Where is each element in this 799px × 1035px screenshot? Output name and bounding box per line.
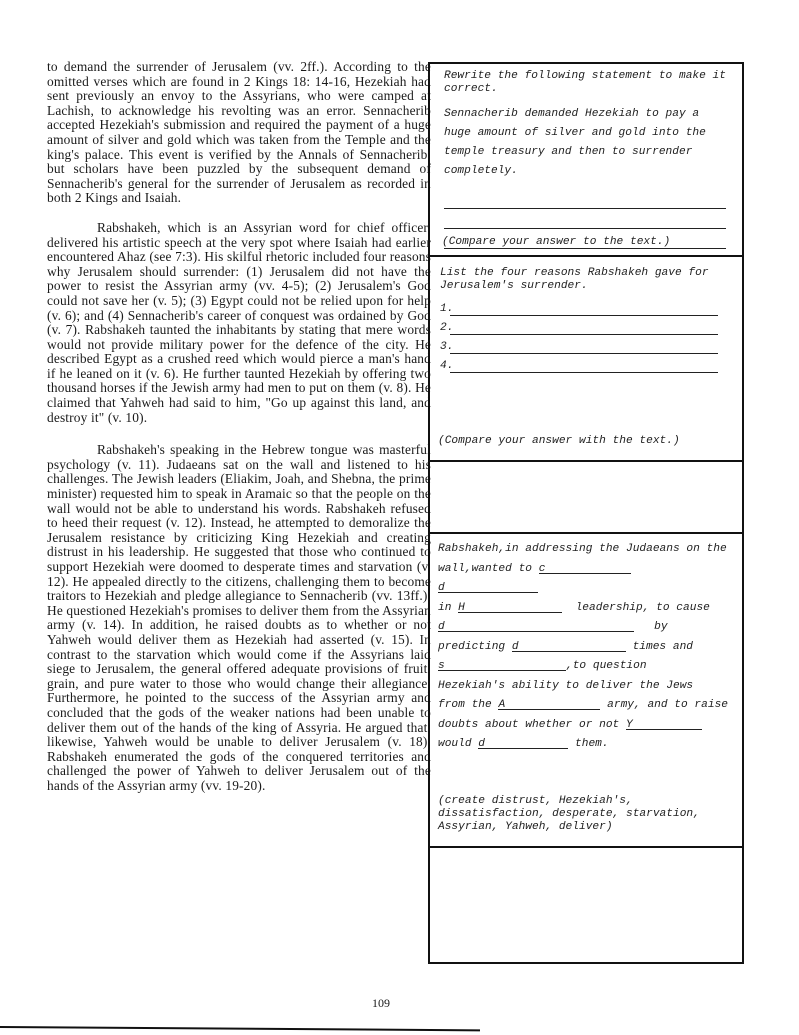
paragraph-2: Rabshakeh, which is an Assyrian word for… bbox=[47, 221, 431, 425]
list-reasons-box: List the four reasons Rabshakeh gave for… bbox=[430, 257, 742, 462]
blank-c[interactable]: c bbox=[539, 560, 631, 574]
fill-in-text: Rabshakeh,in addressing the Judaeans on … bbox=[438, 540, 736, 755]
reason-number: 2. bbox=[440, 321, 450, 335]
rewrite-compare-note: (Compare your answer to the text.) bbox=[442, 235, 670, 249]
empty-box-bottom bbox=[430, 848, 742, 964]
reason-answer-line[interactable] bbox=[450, 339, 718, 354]
fill-text: them. bbox=[575, 738, 609, 750]
reason-row-4[interactable]: 4. bbox=[440, 354, 732, 373]
main-text-column: to demand the surrender of Jerusalem (vv… bbox=[47, 60, 431, 794]
list-compare-note: (Compare your answer with the text.) bbox=[438, 434, 680, 448]
blank-d[interactable]: d bbox=[438, 579, 538, 593]
fill-text: times and bbox=[633, 641, 693, 653]
fill-text: from the bbox=[438, 699, 492, 711]
fill-text: by bbox=[654, 621, 667, 633]
word-bank: (create distrust, Hezekiah's, dissatisfa… bbox=[438, 795, 730, 834]
blank-h[interactable]: H bbox=[458, 599, 562, 613]
reason-row-3[interactable]: 3. bbox=[440, 335, 732, 354]
reason-answer-line[interactable] bbox=[450, 320, 718, 335]
paragraph-1: to demand the surrender of Jerusalem (vv… bbox=[47, 60, 431, 206]
bottom-rule bbox=[0, 1026, 480, 1031]
rewrite-instruction: Rewrite the following statement to make … bbox=[444, 70, 732, 96]
reason-answer-line[interactable] bbox=[450, 301, 718, 316]
blank-d4[interactable]: d bbox=[478, 735, 568, 749]
fill-text: army, and to raise bbox=[607, 699, 728, 711]
fill-text: Hezekiah's ability to deliver the Jews bbox=[438, 680, 693, 692]
empty-box bbox=[430, 462, 742, 534]
answer-line-1[interactable] bbox=[444, 189, 726, 209]
reason-row-1[interactable]: 1. bbox=[440, 297, 732, 316]
fill-text: in bbox=[438, 602, 451, 614]
reason-number: 3. bbox=[440, 340, 450, 354]
fill-text: doubts about whether or not bbox=[438, 719, 619, 731]
reason-row-2[interactable]: 2. bbox=[440, 316, 732, 335]
reason-number: 4. bbox=[440, 359, 450, 373]
answer-line-2[interactable] bbox=[444, 209, 726, 229]
rewrite-statement: Sennacherib demanded Hezekiah to pay a h… bbox=[444, 105, 732, 181]
exercise-sidebar: Rewrite the following statement to make … bbox=[428, 62, 744, 964]
page-number: 109 bbox=[372, 996, 390, 1011]
rewrite-exercise-box: Rewrite the following statement to make … bbox=[430, 64, 742, 257]
blank-s[interactable]: s bbox=[438, 657, 566, 671]
fill-text: leadership, to cause bbox=[576, 602, 710, 614]
fill-text: predicting bbox=[438, 641, 505, 653]
reason-answer-line[interactable] bbox=[450, 358, 718, 373]
paragraph-3: Rabshakeh's speaking in the Hebrew tongu… bbox=[47, 443, 431, 793]
blank-y[interactable]: Y bbox=[626, 716, 702, 730]
fill-in-box: Rabshakeh,in addressing the Judaeans on … bbox=[430, 534, 742, 848]
blank-d2[interactable]: d bbox=[438, 618, 634, 632]
blank-d3[interactable]: d bbox=[512, 638, 626, 652]
blank-a[interactable]: A bbox=[498, 696, 600, 710]
fill-text: would bbox=[438, 738, 472, 750]
list-instruction: List the four reasons Rabshakeh gave for… bbox=[440, 267, 732, 293]
fill-text: ,to question bbox=[566, 660, 647, 672]
reason-number: 1. bbox=[440, 302, 450, 316]
